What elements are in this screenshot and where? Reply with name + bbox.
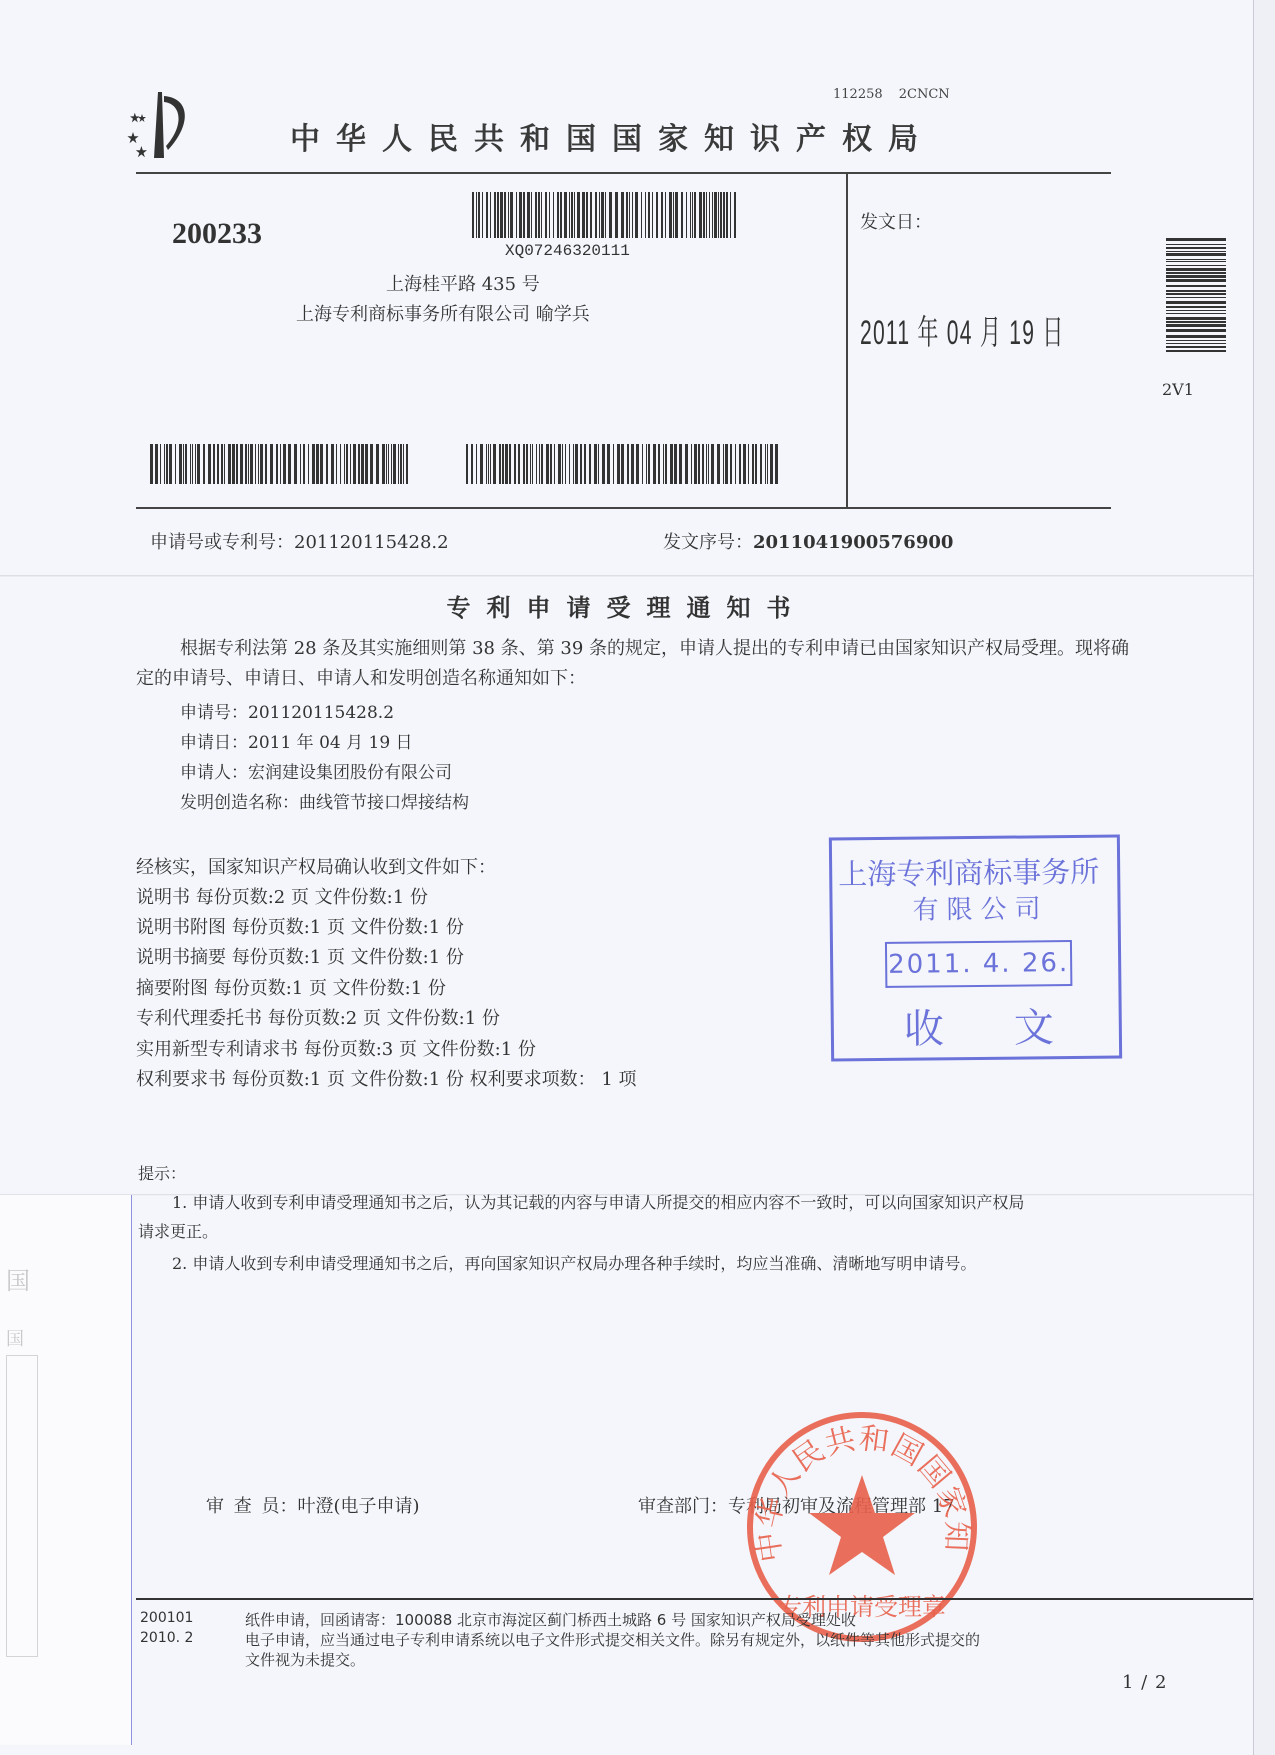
- file-row: 权利要求书 每份页数:1 页 文件份数:1 份 权利要求项数： 1 项: [136, 1065, 637, 1091]
- send-sequence-line: 发文序号：2011041900576900: [663, 528, 953, 554]
- bleed-through-text: 国: [6, 1325, 24, 1351]
- reviewer: 审 查 员：叶澄(电子申请): [206, 1492, 420, 1518]
- file-row: 说明书摘要 每份页数:1 页 文件份数:1 份: [136, 943, 464, 969]
- received-stamp-org-suffix: 有限公司: [912, 888, 1048, 926]
- cnipa-emblem-icon: [112, 90, 204, 160]
- send-date: 2011 年 04 月 19 日: [860, 305, 1065, 354]
- application-number-value: 201120115428.2: [294, 532, 449, 553]
- footer-line: 纸件申请，回函请寄：100088 北京市海淀区蓟门桥西土城路 6 号 国家知识产…: [245, 1609, 856, 1630]
- bleed-through-box: [6, 1355, 38, 1657]
- vertical-barcode: [1166, 238, 1226, 358]
- application-number-label: 申请号或专利号：: [150, 532, 294, 553]
- tip-item: 1. 申请人收到专利申请受理通知书之后，认为其记载的内容与申请人所提交的相应内容…: [172, 1190, 1024, 1213]
- org-title: 中华人民共和国国家知识产权局: [290, 114, 934, 158]
- file-row: 摘要附图 每份页数:1 页 文件份数:1 份: [136, 974, 446, 1000]
- field-applicant: 申请人：宏润建设集团股份有限公司: [180, 758, 452, 783]
- send-date-label: 发文日：: [860, 208, 932, 234]
- divider: [136, 172, 1111, 174]
- field-application-number: 申请号：201120115428.2: [180, 698, 394, 723]
- divider: [846, 172, 848, 509]
- send-sequence-value: 2011041900576900: [753, 532, 953, 553]
- form-code: 200101: [140, 1610, 193, 1626]
- tips-heading: 提示：: [138, 1161, 186, 1184]
- footer-line: 文件视为未提交。: [245, 1649, 365, 1670]
- send-sequence-label: 发文序号：: [663, 532, 753, 553]
- star-icon: [809, 1475, 915, 1575]
- tip-item-continuation: 请求更正。: [138, 1219, 218, 1242]
- document-code: 112258 2CNCN: [833, 87, 950, 102]
- envelope-flap: 国 国: [0, 1195, 132, 1745]
- footer-line: 电子申请，应当通过电子专利申请系统以电子文件形式提交相关文件。除另有规定外，以纸…: [245, 1629, 980, 1650]
- notice-title: 专利申请受理通知书: [0, 588, 1253, 623]
- file-row: 说明书 每份页数:2 页 文件份数:1 份: [136, 883, 428, 909]
- side-code: 2V1: [1162, 380, 1194, 399]
- footer-divider: [136, 1598, 1253, 1600]
- notice-intro: 根据专利法第 28 条及其实施细则第 38 条、第 39 条的规定，申请人提出的…: [136, 634, 1136, 694]
- document-page: 中华人民共和国国家知识产权局 112258 2CNCN 200233 XQ072…: [0, 0, 1254, 1755]
- field-application-date: 申请日：2011 年 04 月 19 日: [180, 728, 413, 753]
- application-number-line: 申请号或专利号：201120115428.2: [150, 528, 449, 554]
- file-row: 专利代理委托书 每份页数:2 页 文件份数:1 份: [136, 1004, 500, 1030]
- bleed-through-text: 国: [6, 1261, 30, 1296]
- file-row: 实用新型专利请求书 每份页数:3 页 文件份数:1 份: [136, 1035, 536, 1061]
- received-stamp-label: 收文: [904, 995, 1125, 1054]
- received-stamp-date: 2011. 4. 26.: [885, 940, 1072, 988]
- tip-item: 2. 申请人收到专利申请受理通知书之后，再向国家知识产权局办理各种手续时，均应当…: [172, 1251, 976, 1274]
- file-row: 说明书附图 每份页数:1 页 文件份数:1 份: [136, 913, 464, 939]
- barcode: [466, 444, 784, 484]
- field-invention-name: 发明创造名称：曲线管节接口焊接结构: [180, 788, 469, 813]
- files-heading: 经核实，国家知识产权局确认收到文件如下：: [136, 853, 496, 879]
- paper-fold: [0, 575, 1253, 577]
- address-line-2: 上海专利商标事务所有限公司 喻学兵: [296, 300, 590, 326]
- address-line-1: 上海桂平路 435 号: [386, 270, 540, 296]
- barcode: [150, 444, 412, 484]
- received-stamp-org: 上海专利商标事务所: [838, 850, 1099, 894]
- form-version: 2010. 2: [140, 1630, 193, 1646]
- barcode: [472, 192, 742, 238]
- received-stamp: 上海专利商标事务所 有限公司 2011. 4. 26. 收文: [829, 834, 1122, 1061]
- page-number: 1 / 2: [1122, 1672, 1166, 1693]
- postcode: 200233: [172, 217, 262, 251]
- divider: [136, 507, 1111, 509]
- barcode-number: XQ07246320111: [505, 242, 630, 260]
